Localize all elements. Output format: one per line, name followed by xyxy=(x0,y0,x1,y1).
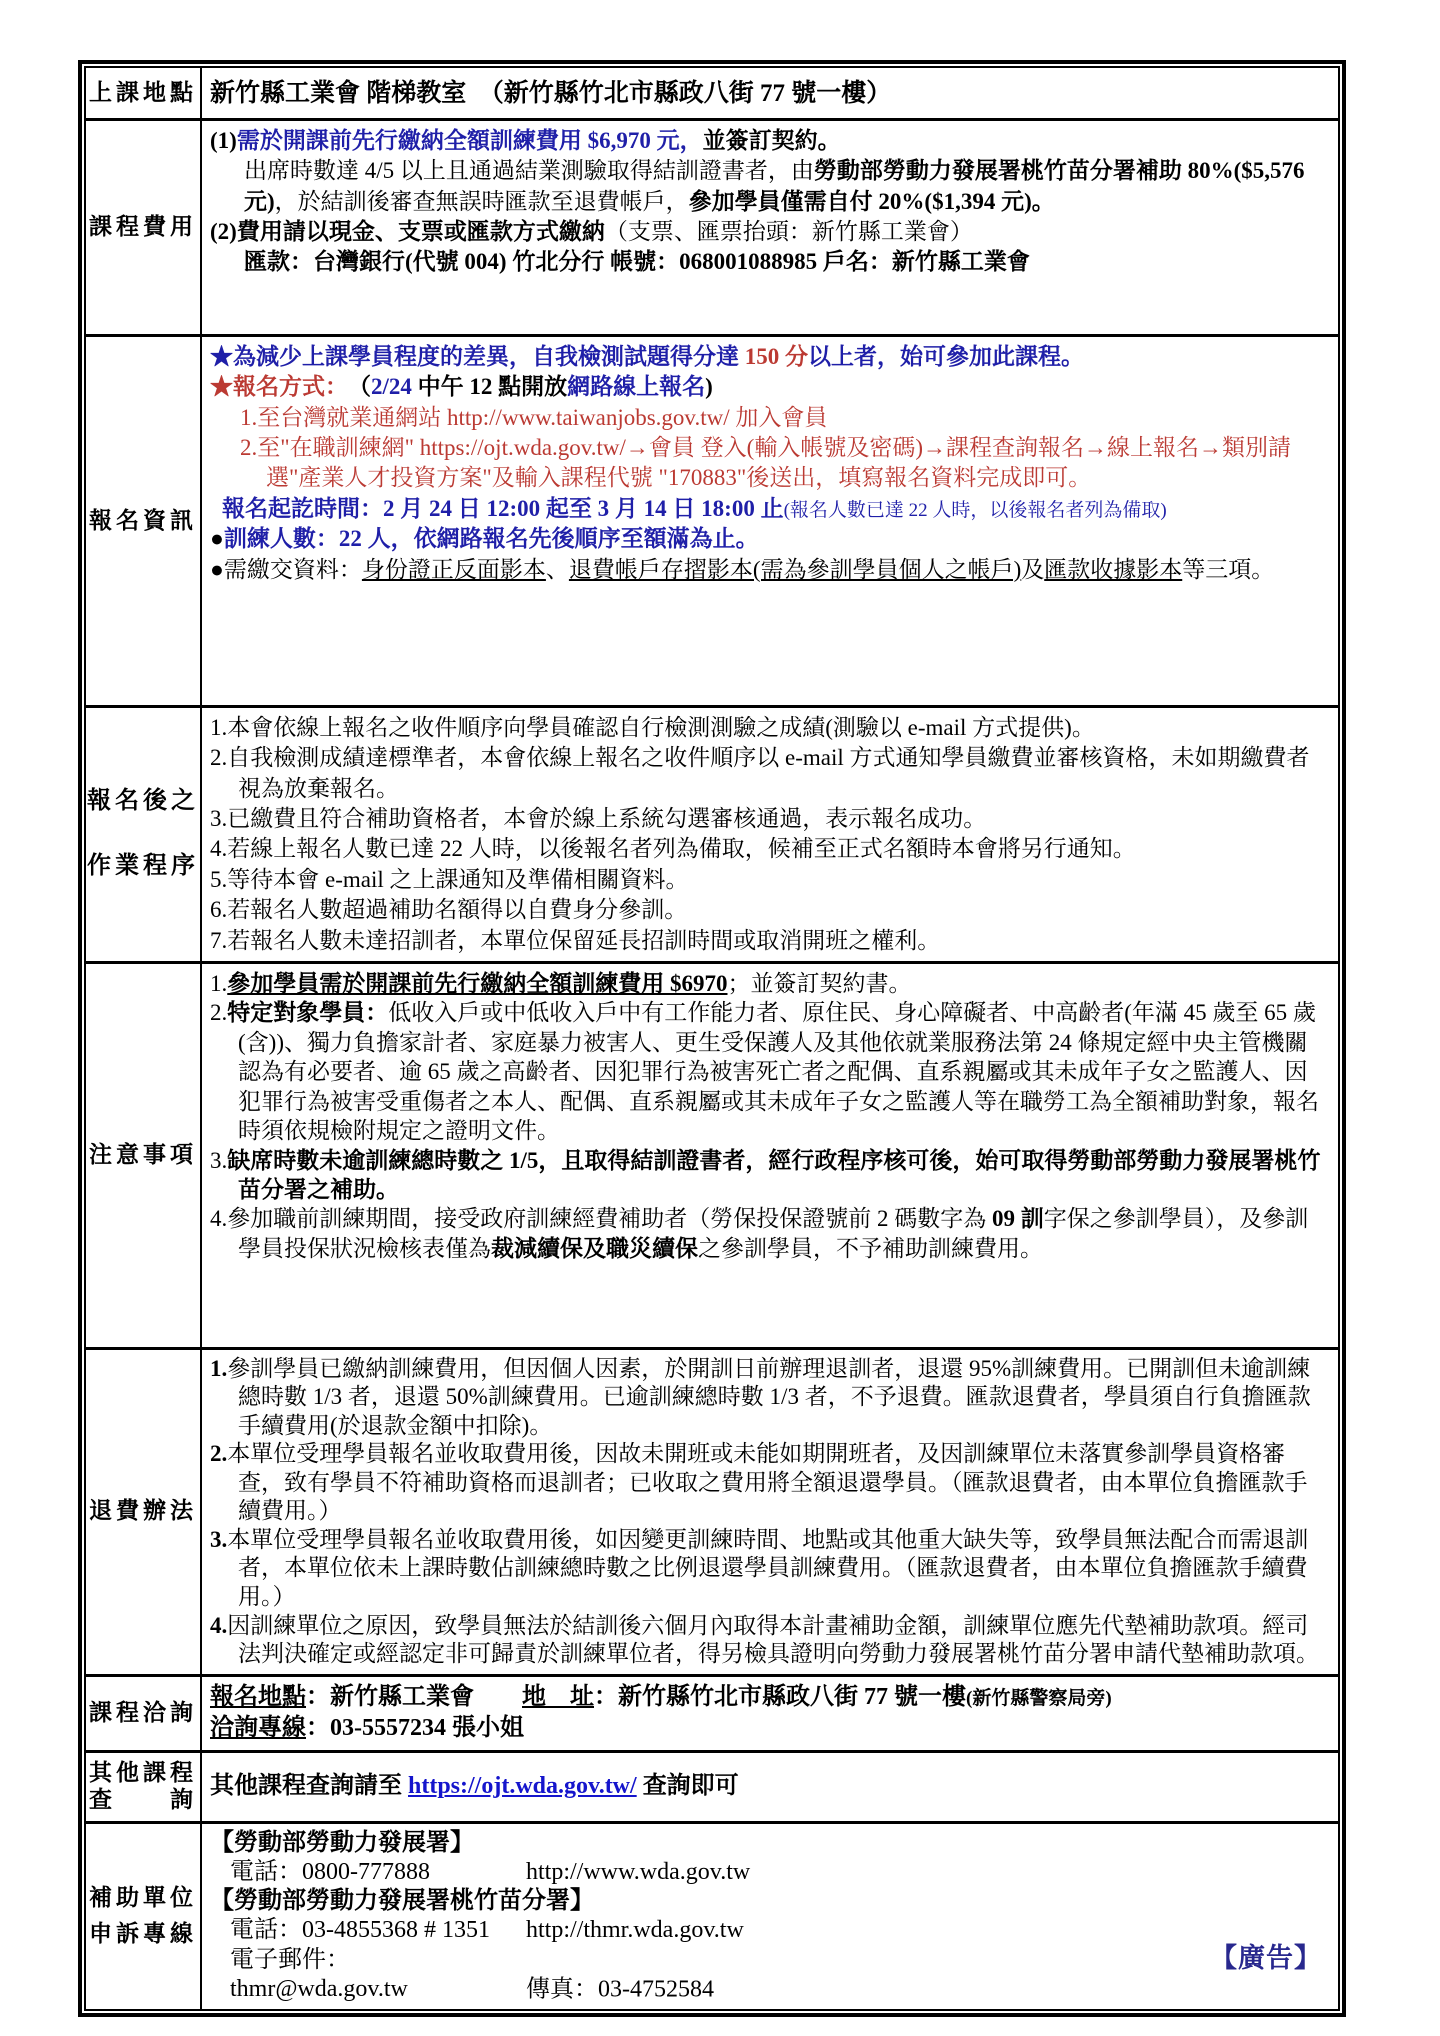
text-segment: 09 訓 xyxy=(992,1206,1044,1231)
row-label-text: 退費辦法 xyxy=(89,1498,197,1524)
text-line: 5.等待本會 e-mail 之上課通知及準備相關資料。 xyxy=(210,865,1328,895)
text-segment: 參訓學員已繳納訓練費用，但因個人因素，於開訓日前辦理退訓者，退還 95%訓練費用… xyxy=(227,1356,1310,1438)
text-line: ★為減少上課學員程度的差異，自我檢測試題得分達 150 分以上者，始可參加此課程… xyxy=(210,342,1328,372)
row-subsidy-hotline-label: 補助單位申訴專線 xyxy=(86,1824,202,2010)
row-subsidy-hotline: 補助單位申訴專線【勞動部勞動力發展署】電話：0800-777888http://… xyxy=(86,1821,1338,2010)
text-line: (2)費用請以現金、支票或匯款方式繳納（支票、匯票抬頭：新竹縣工業會） xyxy=(210,217,1328,247)
row-label-text: 查 詢 xyxy=(89,1787,197,1813)
row-course-fee-label: 課程費用 xyxy=(86,121,202,334)
row-post-registration-procedure: 報名後之作業程序1.本會依線上報名之收件順序向學員確認自行檢測測驗之成績(測驗以… xyxy=(86,705,1338,961)
text-segment: 及 xyxy=(1021,557,1044,582)
row-refund-policy: 退費辦法1.參訓學員已繳納訓練費用，但因個人因素，於開訓日前辦理退訓者，退還 9… xyxy=(86,1347,1338,1674)
row-notes-label: 注意事項 xyxy=(86,964,202,1347)
text-line: 2.本單位受理學員報名並收取費用後，因故未開班或未能如期開班者，及因訓練單位未落… xyxy=(210,1440,1328,1526)
row-notes-content: 1.參加學員需於開課前先行繳納全額訓練費用 $6970；並簽訂契約書。2.特定對… xyxy=(202,964,1338,1347)
row-other-courses: 其他課程查 詢其他課程查詢請至 https://ojt.wda.gov.tw/ … xyxy=(86,1750,1338,1821)
text-segment: 缺席時數未逾訓練總時數之 1/5，且取得結訓證書者，經行政程序核可後，始可取得勞… xyxy=(227,1148,1320,1202)
text-segment: (2) xyxy=(210,219,237,244)
row-class-location-content: 新竹縣工業會 階梯教室 （新竹縣竹北市縣政八街 77 號一樓） xyxy=(202,68,1338,118)
text-segment: 6.若報名人數超過補助名額得以自費身分參訓。 xyxy=(210,897,687,922)
text-segment: 等三項。 xyxy=(1182,557,1274,582)
text-segment: 1. xyxy=(210,971,227,996)
text-line: 【勞動部勞動力發展署】 xyxy=(210,1829,1328,1858)
text-segment: ，於結訓後審查無誤時匯款至退費帳戶， xyxy=(275,189,689,214)
text-line: 電子郵件：thmr@wda.gov.tw傳真：03-4752584 xyxy=(210,1946,1328,2005)
text-segment: 3. xyxy=(210,1527,227,1552)
text-segment: 150 分 xyxy=(745,344,808,369)
text-segment: 本單位受理學員報名並收取費用後，因故未開班或未能如期開班者，及因訓練單位未落實參… xyxy=(227,1441,1307,1523)
text-segment: 4.若線上報名人數已達 22 人時，以後報名者列為備取，候補至正式名額時本會將另… xyxy=(210,836,1136,861)
text-line: 2.自我檢測成績達標準者，本會依線上報名之收件順序以 e-mail 方式通知學員… xyxy=(210,743,1328,804)
text-line: 3.已繳費且符合補助資格者，本會於線上系統勾選審核通過，表示報名成功。 xyxy=(210,804,1328,834)
text-segment: 參加學員僅需自付 20%($1,394 元)。 xyxy=(689,189,1055,214)
text-line: ●需繳交資料：身份證正反面影本、退費帳戶存摺影本(需為參訓學員個人之帳戶)及匯款… xyxy=(210,555,1328,585)
row-refund-policy-label: 退費辦法 xyxy=(86,1350,202,1674)
text-segment: ：新竹縣工業會 xyxy=(306,1684,474,1710)
text-segment: 之參訓學員，不予補助訓練費用。 xyxy=(698,1236,1043,1261)
text-segment: 電話：0800-777888 xyxy=(230,1858,526,1887)
row-label-text: 作業程序 xyxy=(87,853,199,881)
text-segment: 3.已繳費且符合補助資格者，本會於線上系統勾選審核通過，表示報名成功。 xyxy=(210,806,986,831)
text-segment: 傳真：03-4752584 xyxy=(526,1976,714,2002)
text-line: 1.至台灣就業通網站 http://www.taiwanjobs.gov.tw/… xyxy=(240,403,1328,433)
text-segment: 匯款：台灣銀行(代號 004) 竹北分行 帳號：068001088985 戶名：… xyxy=(244,249,1030,274)
text-segment: 特定對象學員： xyxy=(227,1000,388,1025)
text-segment: 1.至台灣就業通網站 http://www.taiwanjobs.gov.tw/… xyxy=(240,405,827,430)
text-segment: ● xyxy=(210,526,224,551)
text-segment: 4. xyxy=(210,1206,227,1231)
row-registration-info: 報名資訊★為減少上課學員程度的差異，自我檢測試題得分達 150 分以上者，始可參… xyxy=(86,334,1338,705)
external-link[interactable]: https://ojt.wda.gov.tw/ xyxy=(408,1773,637,1799)
text-segment: 電話：03-4855368 # 1351 xyxy=(230,1916,526,1945)
text-segment: 2.至"在職訓練網" https://ojt.wda.gov.tw/→會員 登入… xyxy=(240,435,1291,490)
row-post-registration-procedure-content: 1.本會依線上報名之收件順序向學員確認自行檢測測驗之成績(測驗以 e-mail … xyxy=(202,708,1338,961)
text-segment: 匯款收據影本 xyxy=(1044,557,1182,582)
text-segment: 中午 12 點開放 xyxy=(412,374,567,399)
text-segment: ★報名方式： xyxy=(210,374,337,399)
text-line: 2.至"在職訓練網" https://ojt.wda.gov.tw/→會員 登入… xyxy=(240,433,1328,494)
text-segment: 裁減續保及職災續保 xyxy=(491,1236,698,1261)
text-segment: 以上者，始可參加此課程。 xyxy=(808,344,1084,369)
text-segment: 地 址 xyxy=(522,1684,594,1710)
text-segment: 新竹縣工業會 階梯教室 （新竹縣竹北市縣政八街 77 號一樓） xyxy=(210,80,891,107)
text-line: 4.因訓練單位之原因，致學員無法於結訓後六個月內取得本計畫補助金額，訓練單位應先… xyxy=(210,1612,1328,1669)
text-segment: 訓練人數：22 人，依網路報名先後順序至額滿為止。 xyxy=(224,526,759,551)
text-segment: ) xyxy=(705,374,713,399)
text-segment: 【勞動部勞動力發展署】 xyxy=(210,1830,474,1856)
text-segment: 網路線上報名 xyxy=(567,374,705,399)
text-line: 4.參加職前訓練期間，接受政府訓練經費補助者（勞保投保證號前 2 碼數字為 09… xyxy=(210,1204,1328,1263)
text-segment xyxy=(474,1684,522,1710)
text-segment: ：新竹縣竹北市縣政八街 77 號一樓 xyxy=(594,1684,966,1710)
text-segment: 參加職前訓練期間，接受政府訓練經費補助者（勞保投保證號前 2 碼數字為 xyxy=(227,1206,992,1231)
info-table-border: 上課地點新竹縣工業會 階梯教室 （新竹縣竹北市縣政八街 77 號一樓）課程費用(… xyxy=(78,60,1346,2017)
text-line: 報名起訖時間：2 月 24 日 12:00 起至 3 月 14 日 18:00 … xyxy=(210,494,1328,524)
text-segment: 查詢即可 xyxy=(637,1773,739,1799)
text-segment: 1.本會依線上報名之收件順序向學員確認自行檢測測驗之成績(測驗以 e-mail … xyxy=(210,715,1095,740)
row-other-courses-content: 其他課程查詢請至 https://ojt.wda.gov.tw/ 查詢即可 xyxy=(202,1753,1338,1821)
text-line: 1.參訓學員已繳納訓練費用，但因個人因素，於開訓日前辦理退訓者，退還 95%訓練… xyxy=(210,1355,1328,1441)
text-segment: 參加學員需於開課前先行繳納全額訓練費用 $6970 xyxy=(227,971,727,996)
text-line: 報名地點：新竹縣工業會 地 址：新竹縣竹北市縣政八街 77 號一樓(新竹縣警察局… xyxy=(210,1682,1328,1713)
text-segment: ：03-5557234 張小姐 xyxy=(306,1715,524,1741)
text-line: 7.若報名人數未達招訓者，本單位保留延長招訓時間或取消開班之權利。 xyxy=(210,926,1328,956)
row-label-text: 報名後之 xyxy=(87,788,199,816)
text-segment: 4. xyxy=(210,1613,227,1638)
text-segment: 電子郵件：thmr@wda.gov.tw xyxy=(230,1946,526,2005)
text-segment: 1. xyxy=(210,1356,227,1381)
text-segment: 2/24 xyxy=(371,374,412,399)
text-segment: http://www.wda.gov.tw xyxy=(526,1859,750,1885)
row-label-text: 補助單位 xyxy=(89,1885,197,1911)
text-line: 2.特定對象學員：低收入戶或中低收入戶中有工作能力者、原住民、身心障礙者、中高齡… xyxy=(210,998,1328,1145)
text-segment: ★為減少上課學員程度的差異，自我檢測試題得分達 xyxy=(210,344,745,369)
text-line: 新竹縣工業會 階梯教室 （新竹縣竹北市縣政八街 77 號一樓） xyxy=(210,77,891,110)
row-refund-policy-content: 1.參訓學員已繳納訓練費用，但因個人因素，於開訓日前辦理退訓者，退還 95%訓練… xyxy=(202,1350,1338,1674)
text-segment: (報名人數已達 22 人時，以後報名者列為備取) xyxy=(784,500,1167,521)
row-label-text: 注意事項 xyxy=(89,1142,197,1168)
text-line: 4.若線上報名人數已達 22 人時，以後報名者列為備取，候補至正式名額時本會將另… xyxy=(210,834,1328,864)
text-segment: http://thmr.wda.gov.tw xyxy=(526,1917,744,1943)
text-segment: （ xyxy=(337,374,372,399)
text-segment: 5.等待本會 e-mail 之上課通知及準備相關資料。 xyxy=(210,867,689,892)
row-label-text: 其他課程 xyxy=(89,1760,197,1786)
text-segment: 需於開課前先行繳納全額訓練費用 $6,970 元， xyxy=(237,128,703,153)
text-segment: 低收入戶或中低收入戶中有工作能力者、原住民、身心障礙者、中高齡者(年滿 45 歲… xyxy=(238,1000,1319,1143)
text-segment: (1) xyxy=(210,128,237,153)
text-segment: 【勞動部勞動力發展署桃竹苗分署】 xyxy=(210,1888,594,1914)
text-segment: 報名起訖時間：2 月 24 日 12:00 起至 3 月 14 日 18:00 … xyxy=(222,496,784,521)
ad-badge: 【廣告】 xyxy=(1210,1936,1322,1975)
row-course-inquiry-label: 課程洽詢 xyxy=(86,1677,202,1750)
text-segment: 費用請以現金、支票或匯款方式繳納 xyxy=(237,219,605,244)
text-line: 【勞動部勞動力發展署桃竹苗分署】 xyxy=(210,1887,1328,1916)
text-line: ●訓練人數：22 人，依網路報名先後順序至額滿為止。 xyxy=(210,524,1328,554)
text-segment: 、 xyxy=(546,557,569,582)
text-segment: ●需繳交資料： xyxy=(210,557,362,582)
text-segment: 並簽訂契約。 xyxy=(703,128,841,153)
row-class-location-label: 上課地點 xyxy=(86,68,202,118)
row-label-text: 課程費用 xyxy=(89,214,197,240)
text-segment: （支票、匯票抬頭：新竹縣工業會） xyxy=(605,219,973,244)
row-registration-info-content: ★為減少上課學員程度的差異，自我檢測試題得分達 150 分以上者，始可參加此課程… xyxy=(202,337,1338,705)
text-line: ★報名方式： （2/24 中午 12 點開放網路線上報名) xyxy=(210,372,1328,402)
row-post-registration-procedure-label: 報名後之作業程序 xyxy=(86,708,202,961)
text-segment: 3. xyxy=(210,1148,227,1173)
row-course-fee-content: (1)需於開課前先行繳納全額訓練費用 $6,970 元，並簽訂契約。出席時數達 … xyxy=(202,121,1338,334)
text-line: 電話：03-4855368 # 1351http://thmr.wda.gov.… xyxy=(210,1916,1328,1945)
text-segment: 其他課程查詢請至 xyxy=(210,1773,408,1799)
text-line: 洽詢專線：03-5557234 張小姐 xyxy=(210,1713,1328,1744)
text-segment: (新竹縣警察局旁) xyxy=(966,1688,1112,1709)
text-segment: 洽詢專線 xyxy=(210,1715,306,1741)
text-line: (1)需於開課前先行繳納全額訓練費用 $6,970 元，並簽訂契約。 xyxy=(210,126,1328,156)
text-line: 6.若報名人數超過補助名額得以自費身分參訓。 xyxy=(210,895,1328,925)
text-line: 3.本單位受理學員報名並收取費用後，如因變更訓練時間、地點或其他重大缺失等，致學… xyxy=(210,1526,1328,1612)
text-segment: 退費帳戶存摺影本(需為參訓學員個人之帳戶) xyxy=(569,557,1021,582)
row-label-text: 報名資訊 xyxy=(89,508,197,534)
row-label-text: 課程洽詢 xyxy=(89,1700,197,1726)
row-notes: 注意事項1.參加學員需於開課前先行繳納全額訓練費用 $6970；並簽訂契約書。2… xyxy=(86,961,1338,1347)
text-segment: 因訓練單位之原因，致學員無法於結訓後六個月內取得本計畫補助金額，訓練單位應先代墊… xyxy=(227,1613,1319,1667)
text-segment: 身份證正反面影本 xyxy=(362,557,546,582)
text-line: 1.本會依線上報名之收件順序向學員確認自行檢測測驗之成績(測驗以 e-mail … xyxy=(210,713,1328,743)
text-line: 3.缺席時數未逾訓練總時數之 1/5，且取得結訓證書者，經行政程序核可後，始可取… xyxy=(210,1146,1328,1205)
text-segment: 2.自我檢測成績達標準者，本會依線上報名之收件順序以 e-mail 方式通知學員… xyxy=(210,745,1310,800)
text-segment: 7.若報名人數未達招訓者，本單位保留延長招訓時間或取消開班之權利。 xyxy=(210,928,940,953)
text-line: 1.參加學員需於開課前先行繳納全額訓練費用 $6970；並簽訂契約書。 xyxy=(210,969,1328,998)
row-label-text: 上課地點 xyxy=(89,80,197,106)
row-course-fee: 課程費用(1)需於開課前先行繳納全額訓練費用 $6,970 元，並簽訂契約。出席… xyxy=(86,118,1338,334)
row-course-inquiry-content: 報名地點：新竹縣工業會 地 址：新竹縣竹北市縣政八街 77 號一樓(新竹縣警察局… xyxy=(202,1677,1338,1750)
text-segment: 2. xyxy=(210,1000,227,1025)
row-label-text: 申訴專線 xyxy=(89,1921,197,1947)
text-segment: 出席時數達 4/5 以上且通過結業測驗取得結訓證書者，由 xyxy=(244,158,814,183)
text-segment: ；並簽訂契約書。 xyxy=(728,971,912,996)
info-table: 上課地點新竹縣工業會 階梯教室 （新竹縣竹北市縣政八街 77 號一樓）課程費用(… xyxy=(84,66,1340,2011)
row-class-location: 上課地點新竹縣工業會 階梯教室 （新竹縣竹北市縣政八街 77 號一樓） xyxy=(86,68,1338,118)
row-other-courses-label: 其他課程查 詢 xyxy=(86,1753,202,1821)
text-line: 出席時數達 4/5 以上且通過結業測驗取得結訓證書者，由勞動部勞動力發展署桃竹苗… xyxy=(210,156,1328,217)
text-segment: 本單位受理學員報名並收取費用後，如因變更訓練時間、地點或其他重大缺失等，致學員無… xyxy=(227,1527,1308,1609)
text-line: 電話：0800-777888http://www.wda.gov.tw xyxy=(210,1858,1328,1887)
text-line: 其他課程查詢請至 https://ojt.wda.gov.tw/ 查詢即可 xyxy=(210,1771,739,1803)
text-segment: 2. xyxy=(210,1441,227,1466)
row-course-inquiry: 課程洽詢報名地點：新竹縣工業會 地 址：新竹縣竹北市縣政八街 77 號一樓(新竹… xyxy=(86,1674,1338,1750)
row-registration-info-label: 報名資訊 xyxy=(86,337,202,705)
text-segment: 報名地點 xyxy=(210,1684,306,1710)
text-line: 匯款：台灣銀行(代號 004) 竹北分行 帳號：068001088985 戶名：… xyxy=(210,247,1328,277)
row-subsidy-hotline-content: 【勞動部勞動力發展署】電話：0800-777888http://www.wda.… xyxy=(202,1824,1338,2010)
